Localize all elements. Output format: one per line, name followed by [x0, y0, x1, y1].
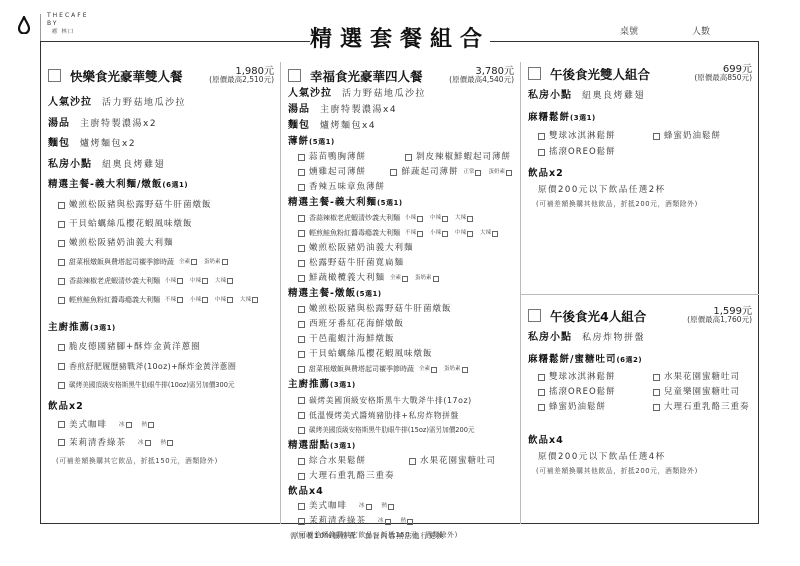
checkbox[interactable] [653, 133, 660, 140]
checkbox[interactable] [58, 202, 65, 209]
drink-note: (可補差額換購其它飲品，折抵150元，酒類除外) [48, 452, 274, 470]
checkbox[interactable] [222, 259, 228, 265]
checkbox[interactable] [298, 321, 305, 328]
option-item[interactable]: 大理石重乳酪三重奏 [288, 469, 514, 484]
option-item[interactable]: 茉莉清香綠茶 冰 熱 [48, 434, 274, 452]
set-title: 快樂食光豪華雙人餐 [70, 67, 183, 85]
category-heading: 精選主餐-義大利麵/燉飯(6選1) [48, 175, 274, 196]
option-item[interactable]: 美式咖啡 冰 熱 [288, 499, 514, 514]
checkbox[interactable] [442, 231, 448, 237]
checkbox[interactable] [298, 397, 305, 404]
set-title: 幸福食光豪華四人餐 [310, 67, 423, 85]
checkbox[interactable] [148, 422, 154, 428]
checkbox[interactable] [442, 216, 448, 222]
checkbox[interactable] [462, 367, 468, 373]
set-happy-four: 幸福食光豪華四人餐 3,780元 (原價最高4,540元) 人氣沙拉活力野菇地瓜… [288, 66, 514, 541]
option-item[interactable]: 干貝蛤蠣絲瓜櫻花蝦風味燉飯 [48, 215, 274, 234]
brand-logo: THECAFE BY 癒 林口 [18, 12, 89, 42]
brand-line1: THECAFE [47, 12, 89, 20]
set-header: 午後食光雙人組合 699元 (原價最高850元) [528, 64, 752, 86]
option-row: 蜂蜜奶油鬆餅 大理石重乳酪三重奏 [528, 400, 752, 415]
set-happy-couple: 快樂食光豪華雙人餐 1,980元 (原價最高2,510元) 人氣沙拉活力野菇地瓜… [48, 66, 274, 470]
footer-note: 需加收10%服務費 套餐內容無法進行更換 [290, 531, 445, 541]
set-checkbox[interactable] [288, 69, 301, 82]
checkbox[interactable] [298, 245, 305, 252]
checkbox[interactable] [298, 518, 305, 525]
set-checkbox[interactable] [528, 309, 541, 322]
checkbox[interactable] [298, 427, 305, 434]
category-heading: 薄餅(5選1) [288, 134, 514, 150]
checkbox[interactable] [298, 458, 305, 465]
category-heading: 精選主餐-燉飯(5選1) [288, 286, 514, 302]
set-original-price: (原價最高850元) [694, 72, 752, 83]
option-row: 燻雞起司薄餅 鮮蔬起司薄餅 正常 蛋奶素 [288, 165, 514, 180]
checkbox[interactable] [58, 382, 65, 389]
option-item[interactable]: 輕煎鮭魚粉紅醬毒瘾義大利麵 不辣 小辣 中辣 大辣 [48, 291, 274, 310]
set-original-price: (原價最高4,540元) [449, 74, 514, 85]
option-item[interactable]: 碳烤美國頂級安格斯黑牛肋眼牛排(10oz)需另加價300元 [48, 376, 274, 395]
option-item[interactable]: 低溫慢烤美式醬燒豬肋排+私房炸物拼盤 [288, 408, 514, 423]
fixed-item: 人氣沙拉活力野菇地瓜沙拉 [288, 86, 514, 102]
checkbox[interactable] [538, 404, 545, 411]
checkbox[interactable] [298, 503, 305, 510]
fixed-item: 湯品主廚特製濃湯x4 [288, 102, 514, 118]
brand-line2: BY [47, 20, 89, 28]
category-heading: 飲品x2 [48, 398, 274, 416]
option-item[interactable]: 碳烤美國頂級安格斯黑牛大戰斧牛排(17oz) [288, 393, 514, 408]
checkbox[interactable] [191, 259, 197, 265]
fixed-item: 湯品主廚特製濃湯x2 [48, 114, 274, 135]
checkbox[interactable] [167, 440, 173, 446]
checkbox[interactable] [58, 278, 65, 285]
checkbox[interactable] [506, 170, 512, 176]
category-heading: 飲品x2 [528, 164, 752, 183]
option-item[interactable]: 香蒜辣椒老虎蝦清炒義大利麵 小辣 中辣 大辣 [288, 211, 514, 226]
option-item[interactable]: 干貝蛤蠣絲瓜櫻花蝦風味燉飯 [288, 347, 514, 362]
checkbox[interactable] [417, 231, 423, 237]
checkbox[interactable] [298, 260, 305, 267]
option-item[interactable]: 輕煎鮭魚粉紅醬毒瘾義大利麵 不辣 小辣 中辣 大辣 [288, 226, 514, 241]
fixed-item: 麵包爐烤麵包x4 [288, 118, 514, 134]
set-title: 午後食光雙人組合 [550, 65, 650, 83]
option-item[interactable]: 嫩煎松阪豬奶油義大利麵 [48, 234, 274, 253]
brand-line3: 癒 林口 [52, 28, 74, 36]
option-item[interactable]: 嫩煎松阪豬與松露野菇牛肝菌燉飯 [48, 196, 274, 215]
option-row: 雙球冰淇淋鬆餅 蜂蜜奶油鬆餅 [528, 128, 752, 144]
checkbox[interactable] [653, 389, 660, 396]
checkbox[interactable] [58, 363, 65, 370]
checkbox[interactable] [402, 276, 408, 282]
option-item[interactable]: 香煎舒肥履歷豬戰斧(10oz)+酥炸金黃洋蔥圈 [48, 357, 274, 376]
category-heading: 麻糬鬆餅(3選1) [528, 108, 752, 128]
option-item[interactable]: 嫩煎松阪豬奶油義大利麵 [288, 241, 514, 256]
frame-top-right-border [490, 41, 759, 42]
option-row: 雙球冰淇淋鬆餅 水果花園蜜糖吐司 [528, 370, 752, 385]
fixed-item: 私房小點紐奧良烤雞翅 [528, 86, 752, 106]
set-original-price: (原價最高1,760元) [687, 314, 752, 325]
checkbox[interactable] [58, 421, 65, 428]
checkbox[interactable] [538, 133, 545, 140]
frame-top-left-border [40, 41, 310, 42]
option-item[interactable]: 鮮蔬橄欖義大利麵 全素 蛋奶素 [288, 271, 514, 286]
category-heading: 麻糬鬆餅/蜜糖吐司(6選2) [528, 350, 752, 370]
column-divider-2 [520, 62, 521, 524]
option-item[interactable]: 搖滾OREO鬆餅 [528, 144, 752, 160]
checkbox[interactable] [409, 458, 416, 465]
option-item[interactable]: 脆皮德國豬腳+酥炸金黃洋蔥圈 [48, 338, 274, 357]
fixed-item: 私房小點紐奧良烤雞翅 [48, 155, 274, 176]
option-item[interactable]: 嫩煎松阪豬與松露野菇牛肝菌燉飯 [288, 302, 514, 317]
option-row: 蒜苗鴨胸薄餅 剝皮辣椒鮮蝦起司薄餅 [288, 150, 514, 165]
checkbox[interactable] [298, 473, 305, 480]
option-item[interactable]: 茉莉清香綠茶 冰 熱 [288, 514, 514, 529]
checkbox[interactable] [538, 389, 545, 396]
set-header: 快樂食光豪華雙人餐 1,980元 (原價最高2,510元) [48, 66, 274, 92]
fixed-item: 私房小點私房炸物拼盤 [528, 328, 752, 348]
checkbox[interactable] [298, 412, 305, 419]
set-checkbox[interactable] [528, 67, 541, 80]
brand-text: THECAFE BY 癒 林口 [47, 12, 89, 36]
checkbox[interactable] [227, 297, 233, 303]
checkbox[interactable] [298, 154, 305, 161]
set-header: 午後食光4人組合 1,599元 (原價最高1,760元) [528, 306, 752, 328]
people-count-label: 人數 [692, 24, 710, 37]
checkbox[interactable] [298, 351, 305, 358]
row-divider-right [520, 294, 759, 295]
checkbox[interactable] [390, 169, 397, 176]
checkbox[interactable] [298, 306, 305, 313]
checkbox[interactable] [366, 504, 372, 510]
checkbox[interactable] [653, 374, 660, 381]
checkbox[interactable] [58, 297, 65, 304]
checkbox[interactable] [58, 439, 65, 446]
checkbox[interactable] [177, 297, 183, 303]
checkbox[interactable] [298, 275, 305, 282]
fixed-item: 人氣沙拉活力野菇地瓜沙拉 [48, 93, 274, 114]
category-heading: 精選甜點(3選1) [288, 438, 514, 454]
checkbox[interactable] [58, 221, 65, 228]
checkbox[interactable] [407, 519, 413, 525]
checkbox[interactable] [145, 440, 151, 446]
set-original-price: (原價最高2,510元) [209, 74, 274, 85]
checkbox[interactable] [467, 216, 473, 222]
checkbox[interactable] [298, 336, 305, 343]
option-item[interactable]: 碳烤美國頂級安格斯黑牛肋眼牛排(15oz)需另加價200元 [288, 423, 514, 438]
set-header: 幸福食光豪華四人餐 3,780元 (原價最高4,540元) [288, 66, 514, 86]
checkbox[interactable] [58, 240, 65, 247]
checkbox[interactable] [298, 184, 305, 191]
option-item[interactable]: 香辣五味章魚薄餅 [288, 180, 514, 195]
checkbox[interactable] [58, 259, 65, 266]
checkbox[interactable] [298, 169, 305, 176]
drop-logo-icon [18, 16, 30, 34]
checkbox[interactable] [227, 278, 233, 284]
category-heading: 主廚推薦(3選1) [288, 377, 514, 393]
category-heading: 飲品x4 [528, 431, 752, 450]
drink-description: 原價200元以下飲品任選4杯 [528, 450, 752, 464]
checkbox[interactable] [467, 231, 473, 237]
option-item[interactable]: 干邑龍蝦汁海鮮燉飯 [288, 332, 514, 347]
checkbox[interactable] [417, 216, 423, 222]
checkbox[interactable] [431, 367, 437, 373]
checkbox[interactable] [298, 366, 305, 373]
table-number-label: 桌號 [620, 24, 638, 37]
option-item[interactable]: 甜菜根燉飯與費塔起司襯季節時蔬 全素 蛋奶素 [288, 362, 514, 377]
logo-separator [40, 14, 41, 42]
fixed-item: 麵包爐烤麵包x2 [48, 134, 274, 155]
checkbox[interactable] [252, 297, 258, 303]
option-row: 搖滾OREO鬆餅 兒童樂園蜜糖吐司 [528, 385, 752, 400]
checkbox[interactable] [126, 422, 132, 428]
checkbox[interactable] [298, 230, 305, 237]
option-item[interactable]: 甜菜根燉飯與費塔起司襯季節時蔬 全素 蛋奶素 [48, 253, 274, 272]
checkbox[interactable] [202, 278, 208, 284]
checkbox[interactable] [538, 374, 545, 381]
checkbox[interactable] [492, 231, 498, 237]
checkbox[interactable] [405, 154, 412, 161]
checkbox[interactable] [58, 344, 65, 351]
option-item[interactable]: 香蒜辣椒老虎蝦清炒義大利麵 小辣 中辣 大辣 [48, 272, 274, 291]
checkbox[interactable] [653, 404, 660, 411]
category-heading: 主廚推薦(3選1) [48, 318, 274, 338]
category-heading: 精選主餐-義大利麵(5選1) [288, 195, 514, 211]
checkbox[interactable] [298, 215, 305, 222]
column-divider-1 [280, 62, 281, 524]
checkbox[interactable] [433, 276, 439, 282]
checkbox[interactable] [475, 170, 481, 176]
checkbox[interactable] [388, 504, 394, 510]
checkbox[interactable] [538, 149, 545, 156]
set-afternoon-four: 午後食光4人組合 1,599元 (原價最高1,760元) 私房小點私房炸物拼盤 … [528, 306, 752, 478]
option-item[interactable]: 美式咖啡 冰 熱 [48, 416, 274, 434]
drink-description: 原價200元以下飲品任選2杯 [528, 183, 752, 197]
option-item[interactable]: 松露野菇牛肝菌寬扁麵 [288, 256, 514, 271]
category-heading: 飲品x4 [288, 484, 514, 499]
set-checkbox[interactable] [48, 69, 61, 82]
drink-note: (可補差額換購其他飲品，折抵200元，酒類除外) [528, 464, 752, 478]
checkbox[interactable] [385, 519, 391, 525]
set-title: 午後食光4人組合 [550, 307, 646, 325]
checkbox[interactable] [177, 278, 183, 284]
set-afternoon-couple: 午後食光雙人組合 699元 (原價最高850元) 私房小點紐奧良烤雞翅 麻糬鬆餅… [528, 64, 752, 211]
checkbox[interactable] [202, 297, 208, 303]
drink-note: (可補差額換購其他飲品，折抵200元，酒類除外) [528, 197, 752, 211]
option-item[interactable]: 西班牙番紅花海鮮燉飯 [288, 317, 514, 332]
option-row: 綜合水果鬆餅 水果花園蜜糖吐司 [288, 454, 514, 469]
